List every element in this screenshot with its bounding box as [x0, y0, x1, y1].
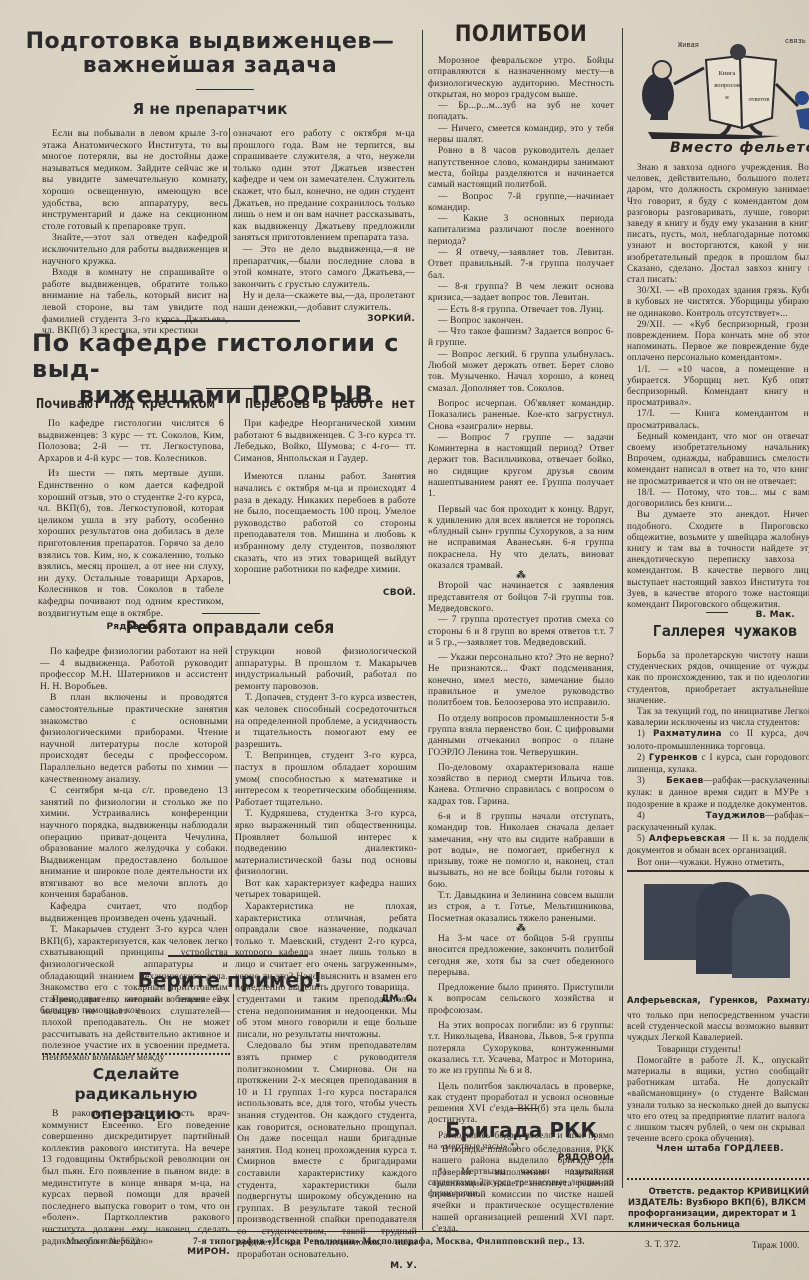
signature: СВОЙ.	[234, 588, 416, 600]
paragraph: 6-я и 8 группы начали отступать, команди…	[428, 812, 614, 891]
article1-column-2: означают его работу с октября м-ца прошл…	[233, 128, 415, 325]
paragraph: что только при непосредственном участии …	[627, 1010, 809, 1044]
paragraph: Помогайте в работе Л. К., опускайте мате…	[627, 1055, 809, 1145]
paragraph: 29/XII. — «Куб беспризорный, грозит повр…	[627, 319, 809, 364]
book-label-line: и	[712, 92, 742, 104]
paragraph: — Вопрос легкий. 6 группа улыбнулась. Лю…	[428, 350, 614, 395]
divider	[168, 955, 308, 957]
paragraph: студентами и таким преподавателем стена …	[237, 994, 417, 1040]
paragraph: Так за текущий год, по инициативе Легкой…	[627, 706, 809, 728]
paragraph: Первый час боя проходит к концу. Вдруг, …	[428, 505, 614, 573]
article7-body: В порядке планового обследования, РКК на…	[432, 1145, 614, 1235]
paragraph: На 3-м часе от бойцов 5-й группы вноситс…	[428, 934, 614, 979]
article6-headline: ПОЛИТБОИ	[426, 22, 616, 47]
article2-right-body: При кафедре Неорганической химии работаю…	[234, 418, 416, 599]
paragraph: — Какие 3 основных периода капитализма р…	[428, 214, 614, 248]
footer-order: З. Т. 372.	[645, 1240, 681, 1250]
cartoon-label-left: Живая	[678, 42, 699, 50]
footer-circulation: Тираж 1000.	[752, 1240, 799, 1250]
article2-right-title: Перебоев в работе нет	[245, 396, 420, 412]
student-name: Тауджилов	[706, 811, 766, 821]
paragraph: Морозное февральское утро. Бойцы отправл…	[428, 56, 614, 101]
article6-body: Морозное февральское утро. Бойцы отправл…	[428, 56, 614, 1201]
paragraph: Ну и дела—скажете вы,—да, пролетают наши…	[233, 290, 415, 313]
cartoon-label-right: связь	[785, 38, 806, 46]
divider	[706, 612, 728, 613]
paragraph: 18/I. — Потому, что тов... мы с вами дог…	[627, 487, 809, 509]
book-label: Книга вопросов и	[712, 68, 742, 104]
list-text: —рабфак—раскулаченный кулак: в данное вр…	[627, 775, 809, 808]
paragraph: Вопрос исчерпан. Об'являет командир. Пок…	[428, 399, 614, 433]
article3-column-1: По кафедре физиологии работают на ней — …	[40, 646, 228, 1017]
paragraph: На этих вопросах погибли: из 6 группы: т…	[428, 1021, 614, 1077]
paragraph: 17/I. — Книга комендантом не просматрива…	[627, 408, 809, 430]
paragraph: В раковом институте есть врач-коммунист …	[42, 1108, 230, 1247]
paragraph: Входя в комнату не спрашивайте о работе …	[42, 267, 228, 337]
list-item: 1) Рахматулина со II курса, дочь золото-…	[627, 728, 809, 751]
paragraph: Второй час начинается с заявления предст…	[428, 581, 614, 615]
dotted-divider	[627, 1178, 809, 1183]
paragraph: Ровно в 8 часов руководитель делает напу…	[428, 146, 614, 191]
student-name: Рахматулина	[653, 729, 722, 739]
article8-headline: Вместо фельетона	[670, 140, 809, 156]
book-label-line: Книга	[712, 68, 742, 80]
paragraph: — Есть 8-я группа. Отвечает тов. Луиц.	[428, 305, 614, 316]
article9-body: Борьба за пролетарскую чистоту наших сту…	[627, 650, 809, 868]
paragraph: Имеются планы работ. Занятия начались с …	[234, 471, 416, 575]
list-item: 5) Алферьевская — II к. за подделку доку…	[627, 833, 809, 856]
paragraph: 30/XI. — «В проходах здания грязь. Кубы …	[627, 285, 809, 319]
book-label-line: вопросов	[712, 80, 742, 92]
paragraph: С сентября м-ца с/г. проведено 13 заняти…	[40, 785, 228, 901]
column-rule	[231, 646, 232, 946]
article3-headline: Ребята оправдали себя	[40, 618, 420, 638]
list-number: 4)	[637, 810, 645, 820]
cartoon-illustration: Живая связь Книга вопросов и ответов	[630, 20, 809, 140]
list-number: 1)	[637, 728, 645, 738]
paragraph: Борьба за пролетарскую чистоту наших сту…	[627, 650, 809, 706]
paragraph: — Вопрос 7 группе — задачи Коминтерна в …	[428, 433, 614, 501]
article9-continued: что только при непосредственном участии …	[627, 1010, 809, 1156]
divider	[202, 613, 260, 614]
headline-line: Сделайте радикальную	[40, 1064, 232, 1104]
paragraph: — Я отвечу,—заявляет тов. Левитан. Ответ…	[428, 248, 614, 282]
paragraph: Следовало бы этим преподавателям взять п…	[237, 1040, 417, 1260]
article1-column-1: Если вы побывали в левом крыле 3-го этаж…	[42, 128, 228, 337]
paragraph: Т. Кудряшева, студентка 3-го курса, ярко…	[235, 808, 417, 878]
paragraph: — Бр...р...м...зуб на зуб не хочет попад…	[428, 101, 614, 124]
paragraph: Вы думаете это анекдот. Ничего подобного…	[627, 509, 809, 610]
list-number: 3)	[637, 775, 645, 785]
paragraph: — Укажи персонально кто? Это не верно? Н…	[428, 653, 614, 709]
divider	[206, 388, 264, 389]
paragraph: Вот как характеризует кафедра наших четы…	[235, 878, 417, 901]
article1-subhead: Я не препаратчик	[20, 100, 400, 118]
article2-left-title: Почивают под крестиком	[36, 396, 226, 412]
article1-headline: Подготовка выдвиженцев— важнейшая задача	[20, 30, 400, 78]
column-rule	[229, 396, 230, 584]
paragraph: струкции новой физиологической аппаратур…	[235, 646, 417, 692]
divider	[627, 870, 809, 872]
student-name: Алферьевская	[649, 834, 726, 844]
paragraph: 1/I. — «10 часов, а помещение не убирает…	[627, 364, 809, 409]
paragraph: При кафедре Неорганической химии работаю…	[234, 418, 416, 464]
dotted-divider	[42, 1053, 230, 1058]
paragraph: Вот они—чужаки. Нужно отметить,	[627, 857, 809, 868]
headline-line: По кафедре гистологии с выд-	[32, 330, 420, 382]
paragraph: Если вы побывали в левом крыле 3-го этаж…	[42, 128, 228, 232]
book-label-right: ответов	[744, 96, 774, 103]
paragraph: Знаю я завхоза одного учреждения. Вот че…	[627, 162, 809, 285]
paragraph: — Это не дело выдвиженца,—я не препаратч…	[233, 244, 415, 290]
paragraph: Кафедра считает, что подбор выдвиженцев …	[40, 901, 228, 924]
paragraph: — 8-я группа? В чем лежит основа кризиса…	[428, 282, 614, 305]
paragraph: — Вопрос закончен.	[428, 316, 614, 327]
column-rule	[229, 128, 230, 303]
paragraph: Бедный комендант, что мог он отвечать св…	[627, 431, 809, 487]
signature: Член штаба ГОРДЛЕЕВ.	[627, 1144, 809, 1155]
article3-column-2: струкции новой физиологической аппаратур…	[235, 646, 417, 1005]
paragraph: По-деловому охарактеризовала наше хозяйс…	[428, 763, 614, 808]
paragraph: По кафедре физиологии работают на ней — …	[40, 646, 228, 692]
paragraph: В порядке планового обследования, РКК на…	[432, 1145, 614, 1235]
paragraph: По кафедре гистологии числятся 6 выдвиже…	[38, 418, 224, 464]
imprint: Ответств. редактор КРИВИЦКИЙ ИЗДАТЕЛЬ: В…	[628, 1186, 809, 1230]
signature: МИРОН.	[42, 1247, 230, 1259]
paragraph: — 7 группа протестует против смеха со ст…	[428, 615, 614, 649]
article2-left-body: По кафедре гистологии числятся 6 выдвиже…	[38, 418, 224, 634]
paragraph: — Вопрос 7-й группе,—начинает командир.	[428, 192, 614, 215]
paragraph: означают его работу с октября м-ца прошл…	[233, 128, 415, 244]
divider	[510, 1108, 538, 1109]
footer-printer: 7-я типография «Искра Революции» Мосполи…	[193, 1237, 585, 1247]
paragraph: Т. Вепринцев, студент 3-го курса, пастух…	[235, 750, 417, 808]
article8-body: Знаю я завхоза одного учреждения. Вот че…	[627, 162, 809, 621]
paragraph: Из шести — пять мертвые души. Единственн…	[38, 468, 224, 619]
paragraph: В план включены и проводятся самостоятел…	[40, 692, 228, 785]
paragraph: — Что такое фашизм? Задается вопрос 6-й …	[428, 327, 614, 350]
column-rule	[233, 994, 234, 1224]
headline-line: важнейшая задача	[20, 54, 400, 78]
paragraph: Знайте,—этот зал отведен кафедрой исключ…	[42, 232, 228, 267]
article7-headline: Бригада РКК	[426, 1118, 616, 1142]
list-item: 4) Тауджилов—рабфак—раскулаченный кулак.	[627, 810, 809, 833]
section-stars: ⁂	[428, 925, 614, 934]
editor-line: Ответств. редактор КРИВИЦКИЙ	[628, 1186, 809, 1197]
paragraph: По отделу вопросов промышленности 5-я гр…	[428, 714, 614, 759]
paragraph: Т. Допачев, студент 3-го курса известен,…	[235, 692, 417, 750]
signature: М. У.	[237, 1261, 417, 1273]
section-stars: ⁂	[428, 572, 614, 581]
paragraph: Предложение было принято. Приступили к в…	[428, 983, 614, 1017]
student-name: Бекаев	[666, 776, 703, 786]
column-rule	[622, 28, 623, 1188]
column-rule	[422, 30, 423, 1230]
divider	[162, 320, 300, 322]
list-number: 2)	[637, 752, 645, 762]
footer-rule	[46, 1231, 809, 1232]
students-photo	[640, 880, 800, 980]
list-item: 3) Бекаев—рабфак—раскулаченный кулак: в …	[627, 775, 809, 810]
paragraph: — Ничего, смеется командир, это у тебя н…	[428, 124, 614, 147]
photo-caption: Алферьевская, Гуренков, Рахматулина	[627, 995, 809, 1005]
paragraph: Т.т. Давыдкина и Зелинина совсем вышли и…	[428, 891, 614, 925]
footer-mosoblit: Мособлит № 5622	[66, 1237, 140, 1247]
list-item: 2) Гуренков с I курса, сын городового, л…	[627, 752, 809, 775]
student-name: Гуренков	[649, 753, 698, 763]
photo-portrait	[732, 894, 790, 978]
headline-line: Подготовка выдвиженцев—	[20, 30, 400, 54]
article4-headline: Берите пример!	[40, 968, 420, 992]
list-number: 5)	[637, 833, 645, 843]
newspaper-page: Подготовка выдвиженцев— важнейшая задача…	[0, 0, 809, 1280]
paragraph: Товарищи студенты!	[627, 1044, 809, 1055]
article9-headline: Галлерея чужаков	[640, 622, 809, 640]
publisher-line: ИЗДАТЕЛЬ: Вузбюро ВКП(б), ВЛКСМ профорга…	[628, 1197, 809, 1230]
divider	[196, 89, 254, 90]
